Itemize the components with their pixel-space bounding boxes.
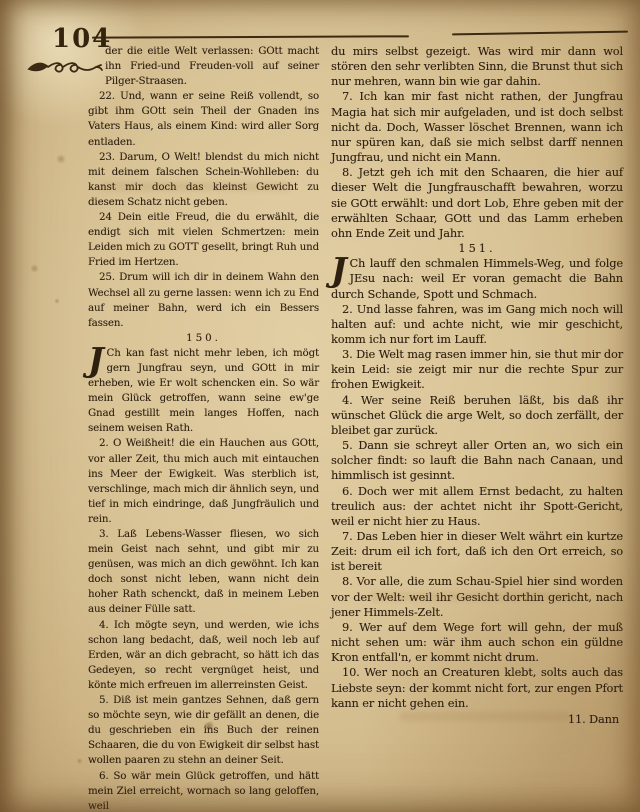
verse-paragraph: 6. Doch wer mit allem Ernst bedacht, zu …: [331, 484, 623, 529]
verse-paragraph: 6. So wär mein Glück getroffen, und hätt…: [88, 769, 319, 812]
page-number-spacer: [88, 44, 105, 76]
right-text-column: du mirs selbst gezeigt. Was wird mir dan…: [331, 44, 623, 727]
bleed-through-ghost: [100, 182, 290, 191]
verse-paragraph: 9. Wer auf dem Wege fort will gehn, der …: [331, 620, 623, 665]
verse-paragraph: du mirs selbst gezeigt. Was wird mir dan…: [331, 44, 623, 89]
verse-paragraph: 24 Dein eitle Freud, die du erwählt, die…: [88, 210, 319, 270]
top-rule-right-segment: [452, 31, 628, 36]
verse-paragraph: 3. Die Welt mag rasen immer hin, sie thu…: [331, 347, 623, 392]
drop-cap-initial: J: [88, 346, 107, 373]
verse-paragraph: 22. Und, wann er seine Reiß vollendt, so…: [88, 89, 319, 149]
verse-paragraph: 7. Das Leben hier in dieser Welt währt e…: [331, 529, 623, 574]
hymn-opening-paragraph: JCh kan fast nicht mehr leben, ich mögt …: [88, 346, 319, 437]
left-text-column: der die eitle Welt verlassen: GOtt macht…: [88, 44, 319, 812]
bleed-through-ghost: [370, 592, 580, 601]
verse-paragraph: 2. O Weißheit! die ein Hauchen aus GOtt,…: [88, 436, 319, 527]
verse-paragraph: 5. Dann sie schreyt aller Orten an, wo s…: [331, 438, 623, 483]
hymn-number-heading: 151.: [331, 241, 623, 256]
verse-paragraph: der die eitle Welt verlassen: GOtt macht…: [88, 44, 319, 89]
bleed-through-ghost: [400, 712, 570, 721]
drop-cap-initial: J: [331, 256, 350, 283]
top-rule-left-segment: [92, 35, 409, 38]
book-page: 104 der die eitle Welt verlassen: GOtt m…: [0, 0, 640, 812]
verse-paragraph: 10. Wer noch an Creaturen klebt, solts a…: [331, 665, 623, 710]
right-column-text-block: du mirs selbst gezeigt. Was wird mir dan…: [331, 44, 623, 711]
verse-paragraph: 25. Drum will ich dir in deinem Wahn den…: [88, 270, 319, 330]
hymn-opening-paragraph: JCh lauff den schmalen Himmels-Weg, und …: [331, 256, 623, 301]
foxing-spot: [76, 758, 83, 764]
foxing-spot: [30, 264, 39, 273]
verse-paragraph: 8. Jetzt geh ich mit den Schaaren, die h…: [331, 165, 623, 241]
verse-paragraph: 3. Laß Lebens-Wasser fliesen, wo sich me…: [88, 527, 319, 618]
verse-paragraph: 4. Ich mögte seyn, und werden, wie ichs …: [88, 618, 319, 693]
foxing-spot: [56, 154, 66, 164]
left-column-text-block: der die eitle Welt verlassen: GOtt macht…: [88, 44, 319, 812]
verse-paragraph: 23. Darum, O Welt! blendst du mich nicht…: [88, 150, 319, 210]
verse-paragraph: 4. Wer seine Reiß beruhen läßt, bis daß …: [331, 393, 623, 438]
foxing-spot: [54, 298, 60, 304]
hymn-number-heading: 150.: [88, 331, 319, 346]
verse-paragraph: 2. Und lasse fahren, was im Gang mich no…: [331, 302, 623, 347]
verse-paragraph: 7. Ich kan mir fast nicht rathen, der Ju…: [331, 89, 623, 165]
